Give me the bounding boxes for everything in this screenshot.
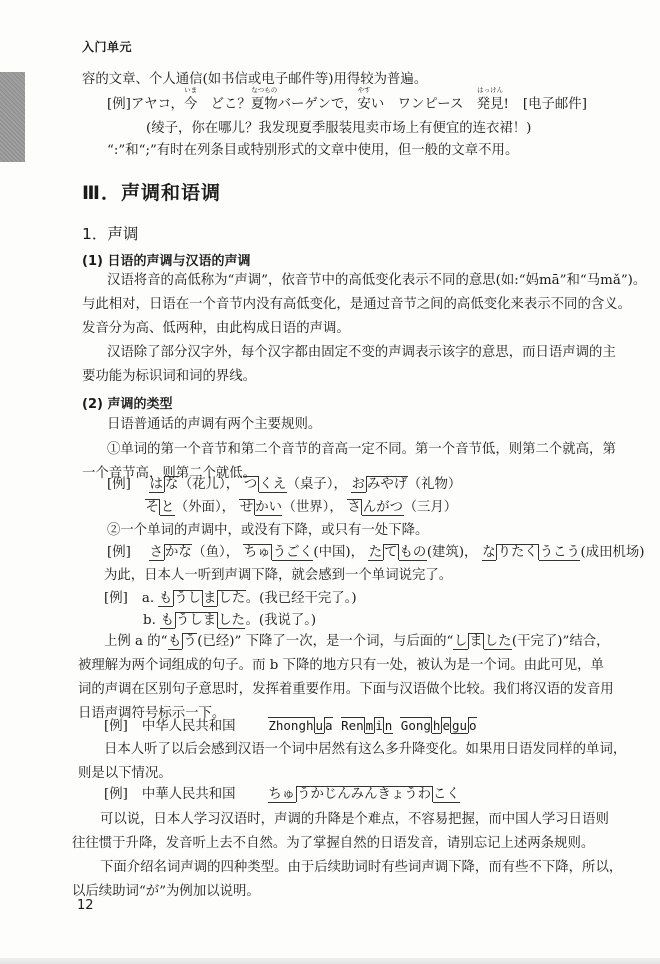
accent-word: そと bbox=[145, 499, 175, 517]
source-tag: [电子邮件] bbox=[523, 97, 587, 112]
accent-example-row: そと（外面）， せかい（世界）， さんがつ（三月） bbox=[145, 499, 457, 517]
part1-heading: (1) 日语的声调与汉语的声调 bbox=[82, 250, 250, 269]
part2-heading: (2) 声调的类型 bbox=[82, 393, 172, 412]
accent-word: なりたくうこう bbox=[482, 544, 581, 562]
page-edge bbox=[0, 958, 660, 964]
accent-word: たてもの bbox=[368, 544, 427, 562]
example-label: [例] bbox=[107, 97, 131, 112]
ruby-ima: 今いま bbox=[184, 96, 197, 114]
accent-word: ちゅうごく bbox=[243, 544, 313, 562]
ruby-yasu: 安やす bbox=[357, 96, 370, 114]
paragraph-line: 则是以下情况。 bbox=[78, 765, 172, 783]
paragraph-line: 日本人听了以后会感到汉语一个词中居然有这么多升降变化。如果用日语发同样的单词， bbox=[104, 741, 626, 759]
translation: (绫子，你在哪儿？我发现夏季服装甩卖市场上有便宜的连衣裙！) bbox=[146, 120, 531, 138]
paragraph-line: 与此相对，日语在一个音节内没有高低变化，是通过音节之间的高低变化来表示不同的含义… bbox=[82, 296, 631, 314]
pinyin-accent: Zhonghua Renmin Gongheguo bbox=[268, 717, 477, 735]
accent-example-row: [例]a. もうしました。(我已经干完了。) bbox=[104, 590, 357, 608]
accent-example-row: [例] さかな（鱼）， ちゅうごく(中国)， たてもの(建筑)， なりたくうこう… bbox=[107, 544, 644, 562]
rule-1: ①单词的第一个音节和第二个音节的音高一定不同。第一个音节低，则第二个就高，第 bbox=[107, 441, 616, 459]
paragraph-line: 下面介绍名词声调的四种类型。由于后续助词时有些词声调下降，而有些不下降，所以， bbox=[100, 859, 622, 877]
section-title: Ⅲ．声调和语调 bbox=[82, 178, 221, 205]
punctuation-note: “:”和“;”有时在列条目或特别形式的文章中使用，但一般的文章不用。 bbox=[107, 142, 518, 160]
ruby-natsumono: 夏物なつもの bbox=[251, 96, 278, 114]
rule-2: ②一个单词的声调中，或没有下降，或只有一处下降。 bbox=[107, 522, 428, 540]
email-example: [例]アヤコ，今いま どこ？夏物なつものバーゲンで，安やすい ワンピース 発見は… bbox=[107, 96, 587, 114]
accent-word: ちゅうかじんみんきょうわこく bbox=[268, 786, 460, 804]
paragraph-line: 发音分为高、低两种，由此构成日语的声调。 bbox=[82, 320, 350, 338]
paragraph-line: 为此，日本人一听到声调下降，就会感到一个单词说完了。 bbox=[104, 567, 452, 585]
japanese-example-row: [例]中華人民共和国 ちゅうかじんみんきょうわこく bbox=[104, 786, 460, 804]
ruby-hakken: 発見はっけん bbox=[477, 96, 504, 114]
chapter-side-tab bbox=[0, 72, 25, 162]
chinese-example-row: [例]中华人民共和国 Zhonghua Renmin Gongheguo bbox=[104, 717, 477, 736]
accent-word: さかな bbox=[149, 544, 192, 562]
paragraph-line: 汉语将音的高低称为“声调”，依音节中的高低变化表示不同的意思(如:“妈mā”和“… bbox=[107, 272, 646, 290]
accent-word: さんがつ bbox=[347, 499, 404, 517]
accent-example-row: [例] はな（花儿）， つくえ（桌子）， おみやげ（礼物） bbox=[107, 476, 461, 494]
accent-word: もう bbox=[168, 633, 198, 651]
page-number: 12 bbox=[77, 898, 94, 913]
paragraph-line: 被理解为两个词组成的句子。而 b 下降的地方只有一处，被认为是一个词。由此可见，… bbox=[78, 657, 604, 675]
paragraph-line: 要功能为标识词和词的界线。 bbox=[82, 368, 256, 386]
accent-word: おみやげ bbox=[351, 476, 408, 494]
accent-word: しました bbox=[453, 633, 512, 651]
subsection-title: 1．声调 bbox=[82, 222, 138, 244]
paragraph-line: 日语普通话的声调有两个主要规则。 bbox=[107, 416, 321, 434]
accent-word: もうしました bbox=[158, 590, 245, 608]
paragraph-line: 上例 a 的“もう(已经)” 下降了一次，是一个词，与后面的“しました(干完了)… bbox=[104, 633, 610, 651]
paragraph-line: 词的声调在区别句子意思时，发挥着重要作用。下面与汉语做个比较。我们将汉语的发音用 bbox=[78, 681, 614, 699]
accent-word: つくえ bbox=[243, 476, 286, 494]
paragraph-line: 往往惯于升降，发音听上去不自然。为了掌握自然的日语发音，请别忘记上述两条规则。 bbox=[72, 835, 594, 853]
paragraph-line: 可以说，日本人学习汉语时，声调的升降是个难点，不容易把握，而中国人学习日语则 bbox=[100, 811, 609, 829]
accent-example-row: b. もうしました。(我说了。) bbox=[143, 612, 316, 630]
running-head: 入门单元 bbox=[82, 38, 132, 55]
accent-word: はな bbox=[149, 476, 179, 494]
accent-word: せかい bbox=[239, 499, 282, 517]
accent-word: もうしました bbox=[160, 612, 245, 630]
paragraph-line: 以后续助词“が”为例加以说明。 bbox=[72, 883, 260, 901]
paragraph-line: 汉语除了部分汉字外，每个汉字都由固定不变的声调表示该字的意思，而日语声调的主 bbox=[107, 344, 616, 362]
